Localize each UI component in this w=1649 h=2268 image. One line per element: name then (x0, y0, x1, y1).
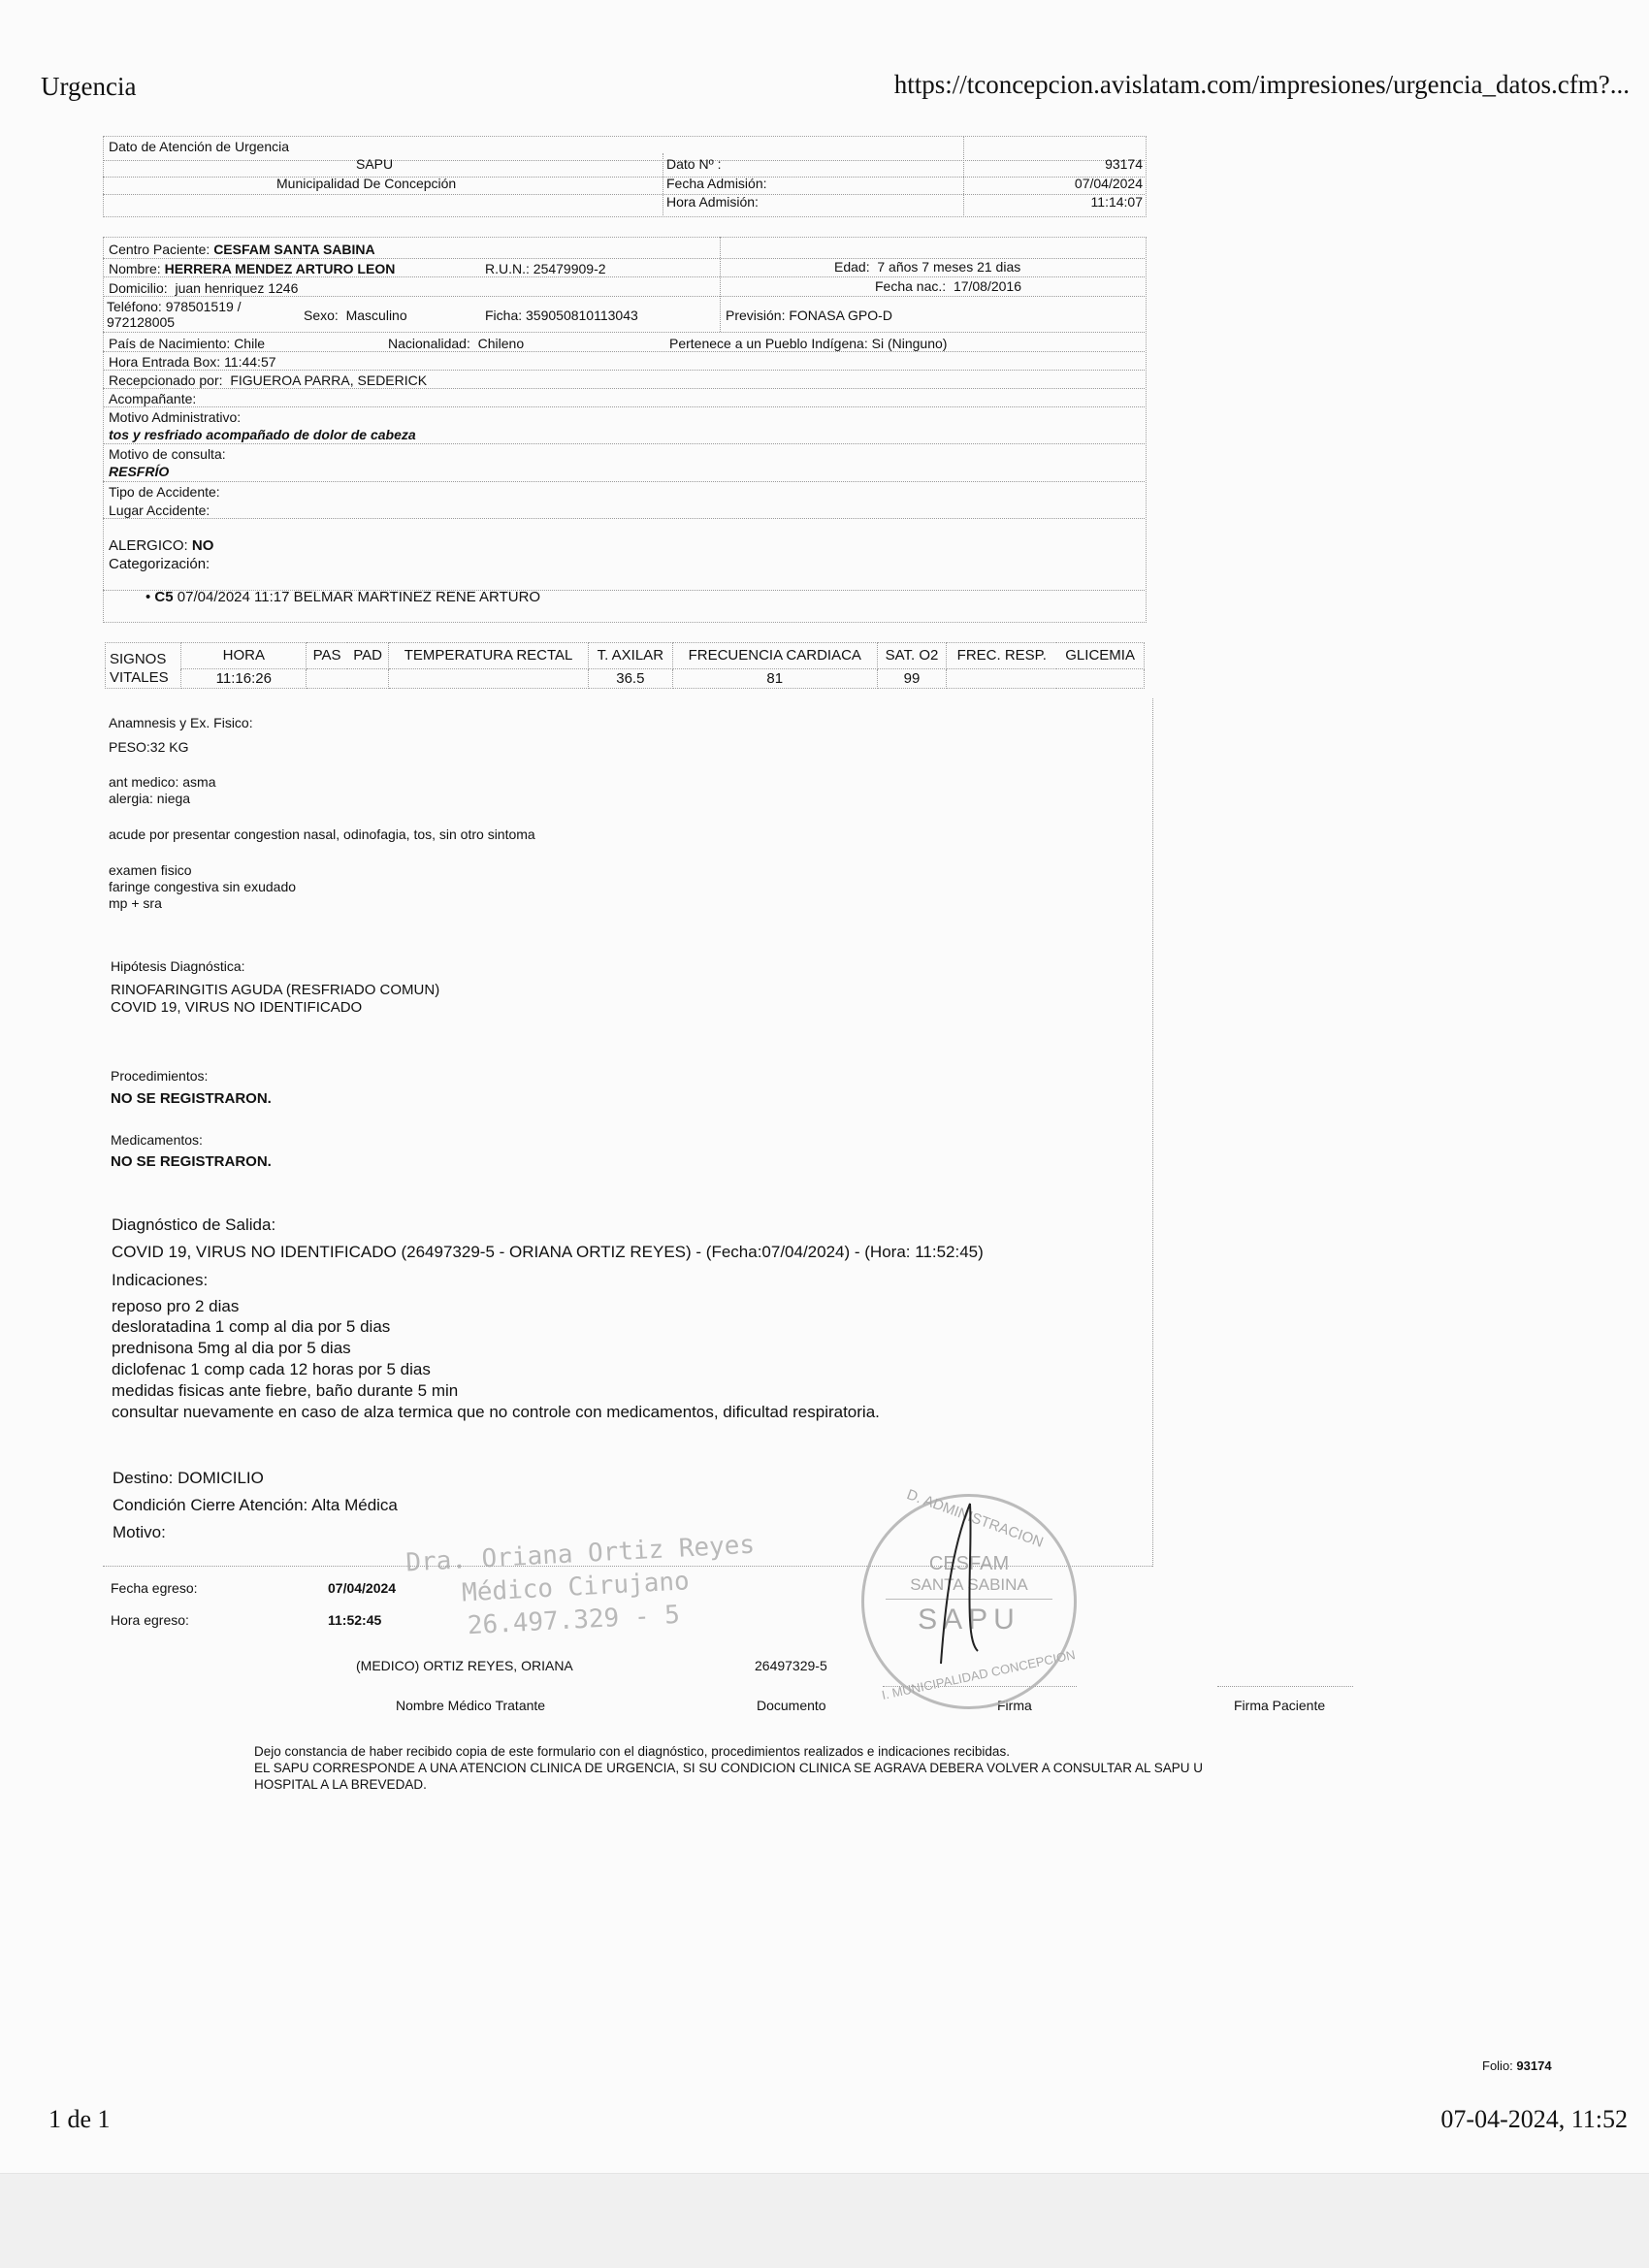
fecha-egreso-label: Fecha egreso: (111, 1580, 198, 1596)
patient-telefono: Teléfono: 978501519 /972128005 (107, 299, 242, 330)
condicion-cierre: Condición Cierre Atención: Alta Médica (113, 1496, 398, 1515)
vitals-header: PAD (347, 643, 389, 669)
anamnesis-peso: PESO:32 KG (109, 739, 188, 755)
disclaimer-line: EL SAPU CORRESPONDE A UNA ATENCION CLINI… (254, 1760, 1203, 1776)
vitals-header: FREC. RESP. (947, 643, 1056, 669)
examen-line: faringe congestiva sin exudado (109, 879, 296, 894)
handwritten-signature (931, 1494, 989, 1669)
lugar-accidente: Lugar Accidente: (109, 502, 210, 518)
documento-value: 26497329-5 (755, 1658, 827, 1673)
destino: Destino: DOMICILIO (113, 1469, 264, 1488)
dato-no-value: 93174 (1105, 156, 1143, 172)
anamnesis-alergia: alergia: niega (109, 791, 190, 806)
document-page: Urgencia https://tconcepcion.avislatam.c… (0, 0, 1649, 2268)
medicamentos-value: NO SE REGISTRARON. (111, 1153, 272, 1170)
hora-egreso: 11:52:45 (328, 1612, 381, 1628)
recepcionado-por: Recepcionado por: FIGUEROA PARRA, SEDERI… (109, 373, 427, 388)
patient-edad: Edad: 7 años 7 meses 21 dias (834, 259, 1020, 275)
indicacion-item: reposo pro 2 dias (112, 1297, 239, 1316)
centro-paciente: Centro Paciente: CESFAM SANTA SABINA (109, 242, 375, 257)
anamnesis-label: Anamnesis y Ex. Fisico: (109, 715, 253, 730)
motivo-cierre: Motivo: (113, 1523, 166, 1542)
alergico: ALERGICO: NO (109, 537, 213, 554)
patient-run: R.U.N.: 25479909-2 (485, 261, 606, 276)
fecha-admision-value: 07/04/2024 (1075, 176, 1143, 191)
hora-admision-label: Hora Admisión: (666, 194, 759, 210)
anamnesis-ant-medico: ant medico: asma (109, 774, 216, 790)
vitals-value: 36.5 (588, 668, 672, 688)
printed-at: 07-04-2024, 11:52 (1440, 2105, 1628, 2134)
patient-fecha-nac: Fecha nac.: 17/08/2016 (875, 278, 1021, 294)
medico-tratante: (MEDICO) ORTIZ REYES, ORIANA (356, 1658, 573, 1673)
tipo-accidente: Tipo de Accidente: (109, 484, 220, 500)
vitals-header: TEMPERATURA RECTAL (389, 643, 588, 669)
procedimientos-label: Procedimientos: (111, 1068, 208, 1084)
hipotesis-item: COVID 19, VIRUS NO IDENTIFICADO (111, 999, 362, 1016)
hipotesis-item: RINOFARINGITIS AGUDA (RESFRIADO COMUN) (111, 982, 439, 998)
indicacion-item: consultar nuevamente en caso de alza ter… (112, 1403, 880, 1422)
print-url: https://tconcepcion.avislatam.com/impres… (894, 70, 1630, 100)
patient-sexo: Sexo: Masculino (304, 308, 407, 323)
vitals-value: 81 (672, 668, 877, 688)
diagnostico-salida: COVID 19, VIRUS NO IDENTIFICADO (2649732… (112, 1243, 984, 1262)
page-number: 1 de 1 (48, 2105, 111, 2134)
documento-label: Documento (757, 1698, 826, 1713)
disclaimer: Dejo constancia de haber recibido copia … (254, 1743, 1203, 1793)
vitals-value (347, 668, 389, 688)
motivo-administrativo: tos y resfriado acompañado de dolor de c… (109, 427, 416, 442)
vitals-value: 11:16:26 (181, 668, 307, 688)
hora-admision-value: 11:14:07 (1091, 194, 1143, 210)
disclaimer-line: Dejo constancia de haber recibido copia … (254, 1743, 1203, 1760)
vitals-value (389, 668, 588, 688)
vitals-header: HORA (181, 643, 307, 669)
doctor-stamp: Dra. Oriana Ortiz Reyes Médico Cirujano … (405, 1529, 760, 1646)
hipotesis-label: Hipótesis Diagnóstica: (111, 958, 245, 974)
acompanante: Acompañante: (109, 391, 196, 406)
fecha-admision-label: Fecha Admisión: (666, 176, 767, 191)
patient-prevision: Previsión: FONASA GPO-D (726, 308, 892, 323)
vitals-header: PAS (307, 643, 347, 669)
patient-pueblo-indigena: Pertenece a un Pueblo Indígena: Si (Ning… (669, 336, 947, 351)
vitals-header: GLICEMIA (1056, 643, 1144, 669)
patient-domicilio: Domicilio: juan henriquez 1246 (109, 280, 298, 296)
vitals-value (947, 668, 1056, 688)
vitals-row-label: SIGNOS (106, 643, 181, 669)
fecha-egreso: 07/04/2024 (328, 1580, 396, 1596)
print-title: Urgencia (41, 72, 136, 102)
disclaimer-line: HOSPITAL A LA BREVEDAD. (254, 1776, 1203, 1793)
categorizacion-label: Categorización: (109, 556, 210, 572)
vitals-header: SAT. O2 (877, 643, 947, 669)
vitals-table: SIGNOS HORA PAS PAD TEMPERATURA RECTAL T… (105, 642, 1145, 689)
patient-ficha: Ficha: 359050810113043 (485, 308, 638, 323)
dato-no-label: Dato Nº : (666, 156, 721, 172)
categorizacion-item: • C5 07/04/2024 11:17 BELMAR MARTINEZ RE… (145, 589, 540, 605)
motivo-consulta: RESFRÍO (109, 464, 169, 479)
motivo-consulta-label: Motivo de consulta: (109, 446, 226, 462)
indicacion-item: diclofenac 1 comp cada 12 horas por 5 di… (112, 1360, 431, 1379)
firma-paciente-label: Firma Paciente (1234, 1698, 1325, 1713)
patient-pais: País de Nacimiento: Chile (109, 336, 265, 351)
vitals-row-label: VITALES (106, 668, 181, 688)
vitals-header: T. AXILAR (588, 643, 672, 669)
medicamentos-label: Medicamentos: (111, 1132, 203, 1148)
vitals-header: FRECUENCIA CARDIACA (672, 643, 877, 669)
diagnostico-salida-label: Diagnóstico de Salida: (112, 1215, 275, 1235)
vitals-value (1056, 668, 1144, 688)
indicaciones-label: Indicaciones: (112, 1271, 208, 1290)
institution: SAPU (356, 156, 393, 172)
indicacion-item: medidas fisicas ante fiebre, baño durant… (112, 1381, 458, 1401)
medico-tratante-label: Nombre Médico Tratante (396, 1698, 545, 1713)
patient-nacionalidad: Nacionalidad: Chileno (388, 336, 524, 351)
hora-egreso-label: Hora egreso: (111, 1612, 189, 1628)
indicacion-item: desloratadina 1 comp al dia por 5 dias (112, 1317, 390, 1337)
anamnesis-motivo: acude por presentar congestion nasal, od… (109, 826, 535, 842)
procedimientos-value: NO SE REGISTRARON. (111, 1090, 272, 1107)
scan-margin (0, 2173, 1649, 2268)
examen-line: mp + sra (109, 895, 162, 911)
vitals-value: 99 (877, 668, 947, 688)
vitals-value (307, 668, 347, 688)
section-title: Dato de Atención de Urgencia (109, 139, 289, 154)
examen-label: examen fisico (109, 862, 192, 878)
hora-entrada-box: Hora Entrada Box: 11:44:57 (109, 354, 276, 370)
motivo-administrativo-label: Motivo Administrativo: (109, 409, 241, 425)
indicacion-item: prednisona 5mg al dia por 5 dias (112, 1339, 351, 1358)
patient-name: Nombre: HERRERA MENDEZ ARTURO LEON (109, 261, 395, 276)
folio: Folio: 93174 (1482, 2058, 1552, 2073)
municipality: Municipalidad De Concepción (276, 176, 456, 191)
